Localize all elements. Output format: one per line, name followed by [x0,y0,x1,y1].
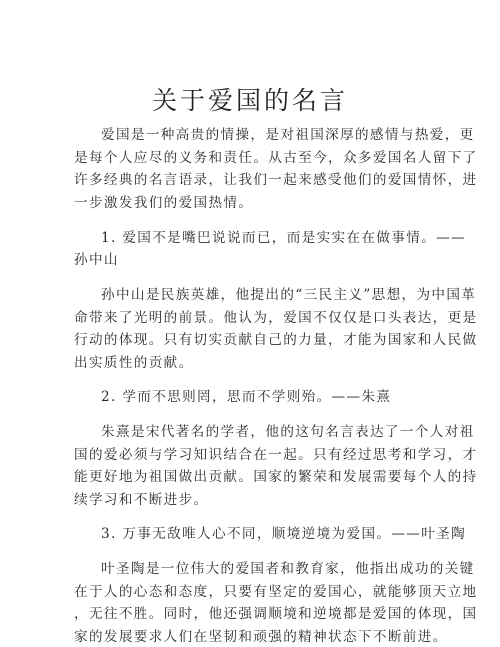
quote-2-line: 2. 学而不思则罔，思而不学则殆。——朱熹 [101,388,461,406]
quote-1-author: 孙中山 [74,251,434,269]
explanation-3-line: 叶圣陶是一位伟大的爱国者和教育家，他指出成功的关键 [101,560,461,578]
document-title: 关于爱国的名言 [0,86,500,116]
explanation-2-line: 国的爱必须与学习知识结合在一起。只有经过思考和学习，才 [74,446,434,464]
explanation-3-line: ，无往不胜。同时，他还强调顺境和逆境都是爱国的体现，国 [74,605,434,623]
intro-line: 一步激发我们的爱国热情。 [74,194,434,212]
explanation-3-line: 在于人的心态和态度，只要有坚定的爱国心，就能够顶天立地 [74,583,434,601]
quote-1-line: 1. 爱国不是嘴巴说说而已，而是实实在在做事情。—— [101,229,461,247]
explanation-1-line: 出实质性的贡献。 [74,354,434,372]
explanation-2-line: 朱熹是宋代著名的学者，他的这句名言表达了一个人对祖 [101,423,461,441]
explanation-3-line: 家的发展要求人们在坚韧和顽强的精神状态下不断前进。 [74,628,434,646]
quote-3-line: 3. 万事无敌唯人心不同，顺境逆境为爱国。——叶圣陶 [101,525,461,543]
intro-line: 是每个人应尽的义务和责任。从古至今，众多爱国名人留下了 [74,149,434,167]
explanation-1-line: 命带来了光明的前景。他认为，爱国不仅仅是口头表达，更是 [74,309,434,327]
explanation-2-line: 续学习和不断进步。 [74,491,434,509]
explanation-2-line: 能更好地为祖国做出贡献。国家的繁荣和发展需要每个人的持 [74,468,434,486]
explanation-1-line: 行动的体现。只有切实贡献自己的力量，才能为国家和人民做 [74,331,434,349]
intro-line: 许多经典的名言语录，让我们一起来感受他们的爱国情怀，进 [74,171,434,189]
intro-line: 爱国是一种高贵的情操，是对祖国深厚的感情与热爱，更 [101,126,461,144]
explanation-1-line: 孙中山是民族英雄，他提出的“三民主义”思想，为中国革 [101,286,461,304]
